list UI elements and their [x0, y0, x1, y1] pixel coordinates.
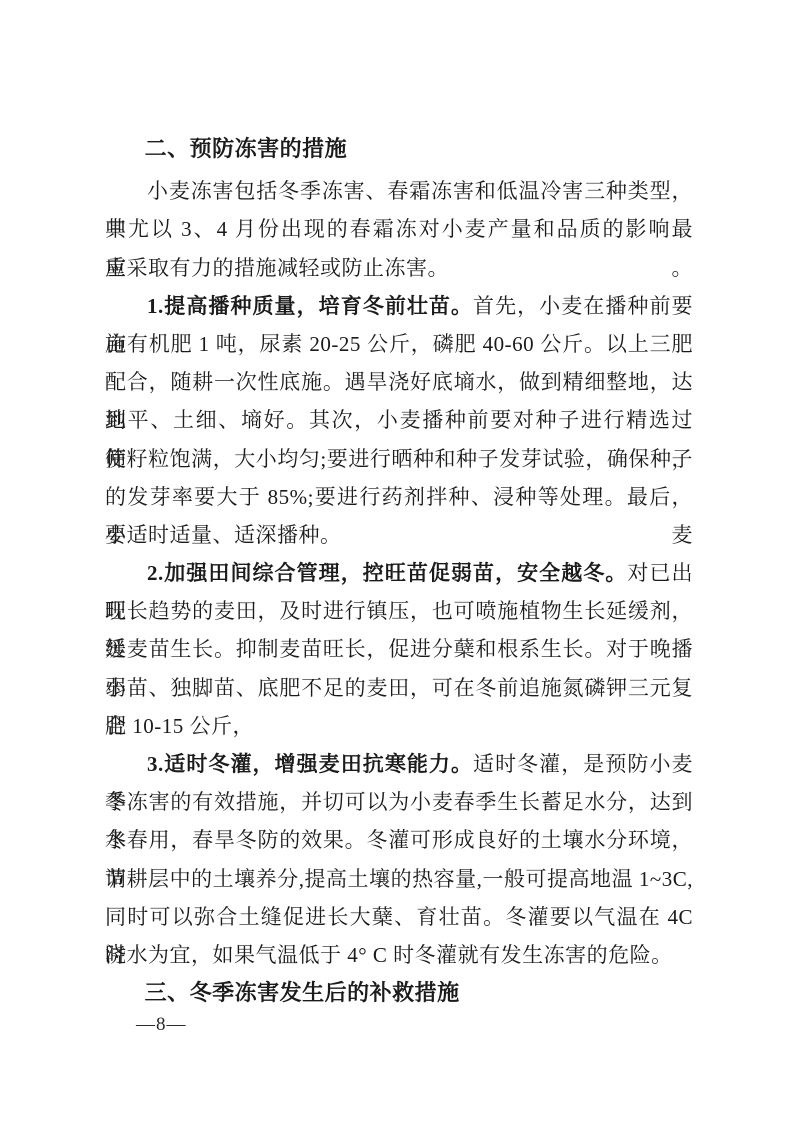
text-line: 施有机肥 1 吨，尿素 20-25 公斤，磷肥 40-60 公斤。以上三肥 — [105, 325, 693, 363]
text-line: 使籽粒饱满，大小均匀;要进行晒种和种子发芽试验，确保种子 — [105, 440, 693, 478]
text-line: 缓麦苗生长。抑制麦苗旺长，促进分蘖和根系生长。对于晚播小 — [105, 630, 693, 668]
text-line: 季冻害的有效措施，并切可以为小麦春季生长蓄足水分，达到冬 — [105, 783, 693, 821]
body-text: 浇水为宜，如果气温低于 4° C 时冬灌就有发生冻害的危险。 — [105, 943, 673, 967]
text-line: 1.提高播种质量，培育冬前壮苗。首先，小麦在播种前要亩 — [105, 287, 693, 325]
text-line: 的发芽率要大于 85%;要进行药剂拌种、浸种等处理。最后，小麦 — [105, 478, 693, 516]
run-in-heading: 2.加强田间综合管理，控旺苗促弱苗，安全越冬。 — [147, 561, 627, 585]
document-body: 二、预防冻害的措施小麦冻害包括冬季冻害、春霜冻害和低温冷害三种类型，其中尤以 3… — [105, 130, 693, 1016]
text-line: 3.适时冬灌，增强麦田抗寒能力。适时冬灌，是预防小麦冬 — [105, 745, 693, 783]
text-line: 肥 10-15 公斤， — [105, 707, 693, 745]
text-line: 同时可以弥合土缝促进长大蘖、育壮苗。冬灌要以气温在 4C 时 — [105, 898, 693, 936]
run-in-heading: 3.适时冬灌，增强麦田抗寒能力。 — [147, 752, 473, 776]
text-line: 节耕层中的土壤养分,提高土壤的热容量,一般可提高地温 1~3C, — [105, 860, 693, 898]
text-line: 地平、土细、墒好。其次，小麦播种前要对种子进行精选过筛， — [105, 401, 693, 439]
body-text: 使籽粒饱满，大小均匀;要进行晒种和种子发芽试验，确保种子 — [105, 447, 693, 471]
section-heading: 三、冬季冻害发生后的补救措施 — [105, 974, 693, 1012]
body-text: 要适时适量、适深播种。 — [105, 523, 342, 547]
text-line: 配合，随耕一次性底施。遇旱浇好底墒水，做到精细整地，达到 — [105, 363, 693, 401]
text-line: 浇水为宜，如果气温低于 4° C 时冬灌就有发生冻害的危险。 — [105, 936, 693, 974]
text-line: 小麦冻害包括冬季冻害、春霜冻害和低温冷害三种类型，其 — [105, 172, 693, 210]
body-text: 节耕层中的土壤养分,提高土壤的热容量,一般可提高地温 1~3C, — [105, 867, 693, 891]
text-line: 2.加强田间综合管理，控旺苗促弱苗，安全越冬。对已出现 — [105, 554, 693, 592]
document-page: 二、预防冻害的措施小麦冻害包括冬季冻害、春霜冻害和低温冷害三种类型，其中尤以 3… — [0, 0, 793, 1122]
section-heading: 二、预防冻害的措施 — [105, 130, 693, 168]
text-line: 中尤以 3、4 月份出现的春霜冻对小麦产量和品质的影响最重。 — [105, 210, 693, 248]
text-line: 旺长趋势的麦田，及时进行镇压，也可喷施植物生长延缓剂，延 — [105, 592, 693, 630]
text-line: 水春用，春旱冬防的效果。冬灌可形成良好的土壤水分环境，调 — [105, 821, 693, 859]
run-in-heading: 1.提高播种质量，培育冬前壮苗。 — [147, 294, 473, 318]
body-text: 应采取有力的措施减轻或防止冻害。 — [105, 256, 449, 280]
body-text: 肥 10-15 公斤， — [105, 714, 254, 738]
text-line: 弱苗、独脚苗、底肥不足的麦田，可在冬前追施氮磷钾三元复合 — [105, 669, 693, 707]
body-text: 施有机肥 1 吨，尿素 20-25 公斤，磷肥 40-60 公斤。以上三肥 — [105, 332, 693, 356]
page-number: —8— — [136, 1006, 187, 1044]
